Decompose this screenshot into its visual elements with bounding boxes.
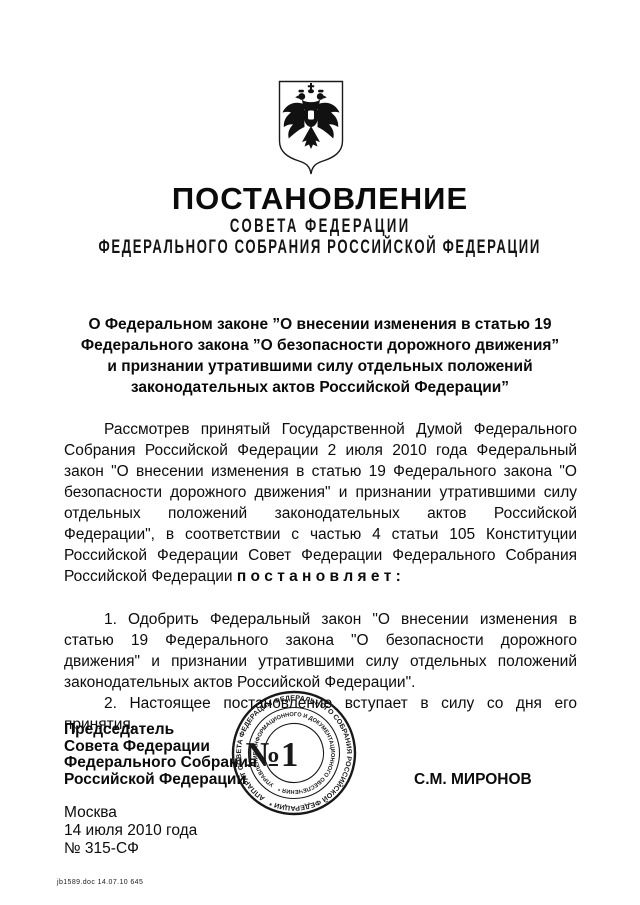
document-header: ПОСТАНОВЛЕНИЕ СОВЕТА ФЕДЕРАЦИИ ФЕДЕРАЛЬН… [0, 183, 640, 257]
doc-type-title: ПОСТАНОВЛЕНИЕ [0, 183, 640, 215]
resolution-subject-title: О Федеральном законе ”О внесении изменен… [60, 314, 580, 398]
double-headed-eagle-icon [283, 83, 340, 149]
org-subtitle-line1: СОВЕТА ФЕДЕРАЦИИ [0, 218, 640, 236]
place-city: Москва [64, 804, 197, 822]
issue-date: 14 июля 2010 года [64, 822, 197, 840]
signer-name: С.М. МИРОНОВ [414, 771, 532, 789]
subject-line: О Федеральном законе ”О внесении изменен… [60, 314, 580, 335]
org-subtitle-line2: ФЕДЕРАЛЬНОГО СОБРАНИЯ РОССИЙСКОЙ ФЕДЕРАЦ… [0, 239, 640, 257]
subject-line: законодательных актов Российской Федерац… [60, 377, 580, 398]
stamp-number: №1 [246, 735, 299, 774]
subject-line: Федерального закона ”О безопасности доро… [60, 335, 580, 356]
registration-stamp: АППАРАТ СОВЕТА ФЕДЕРАЦИИ ФЕДЕРАЛЬНОГО СО… [228, 687, 360, 819]
body-paragraph-preamble: Рассмотрев принятый Государственной Думо… [64, 419, 577, 587]
place-date-block: Москва 14 июля 2010 года № 315-СФ [64, 804, 197, 858]
preamble-text: Рассмотрев принятый Государственной Думо… [64, 421, 577, 585]
doc-number: № 315-СФ [64, 840, 197, 858]
resolves-keyword: п о с т а н о в л я е т : [237, 568, 401, 585]
file-footnote: jb1589.doc 14.07.10 645 [57, 879, 143, 886]
coat-of-arms-icon [277, 79, 345, 175]
subject-line: и признании утратившими силу отдельных п… [60, 356, 580, 377]
body-paragraph-item1: 1. Одобрить Федеральный закон "О внесени… [64, 609, 577, 693]
document-page: ПОСТАНОВЛЕНИЕ СОВЕТА ФЕДЕРАЦИИ ФЕДЕРАЛЬН… [0, 0, 640, 905]
